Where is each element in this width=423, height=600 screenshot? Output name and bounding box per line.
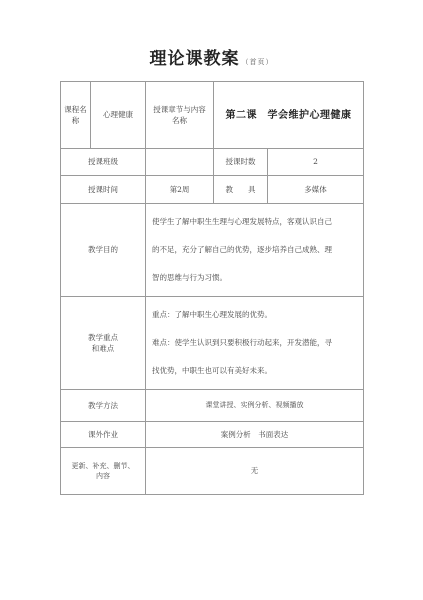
row-objectives: 教学目的 使学生了解中职生生理与心理发展特点，客观认识自己 的不足，充分了解自己… bbox=[61, 204, 364, 297]
row-methods: 教学方法 课堂讲授、实例分析、视频播放 bbox=[61, 390, 364, 422]
homework-value: 案例分析 书面表达 bbox=[146, 422, 364, 448]
objectives-label: 教学目的 bbox=[61, 204, 146, 297]
objectives-line: 的不足，充分了解自己的优势，逐步培养自己成熟、理 bbox=[152, 236, 357, 264]
lesson-plan-table: 课程名称 心理健康 授课章节与内容名称 第二课 学会维护心理健康 授课班级 授课… bbox=[60, 81, 364, 495]
class-label: 授课班级 bbox=[61, 149, 146, 176]
document-title: 理论课教案（首页） bbox=[0, 44, 423, 69]
objectives-line: 智的思维与行为习惯。 bbox=[152, 264, 357, 292]
chapter-label: 授课章节与内容名称 bbox=[146, 82, 214, 149]
chapter-value: 第二课 学会维护心理健康 bbox=[214, 82, 364, 149]
course-name-value: 心理健康 bbox=[91, 82, 146, 149]
key-point-line: 重点：了解中职生心理发展的优势。 bbox=[152, 301, 357, 329]
updates-label: 更新、补充、删节、 内容 bbox=[61, 448, 146, 495]
course-name-label: 课程名称 bbox=[61, 82, 91, 149]
row-time-tools: 授课时间 第2周 教 具 多媒体 bbox=[61, 176, 364, 204]
hours-value: 2 bbox=[268, 149, 364, 176]
hours-label: 授课时数 bbox=[214, 149, 268, 176]
methods-label: 教学方法 bbox=[61, 390, 146, 422]
time-value: 第2周 bbox=[146, 176, 214, 204]
objectives-line: 使学生了解中职生生理与心理发展特点，客观认识自己 bbox=[152, 208, 357, 236]
row-course-info: 课程名称 心理健康 授课章节与内容名称 第二课 学会维护心理健康 bbox=[61, 82, 364, 149]
title-text: 理论课教案 bbox=[150, 49, 240, 69]
key-points-content: 重点：了解中职生心理发展的优势。 难点：使学生认识到只要积极行动起来，开发潜能，… bbox=[146, 297, 364, 390]
key-points-label: 教学重点 和难点 bbox=[61, 297, 146, 390]
row-homework: 课外作业 案例分析 书面表达 bbox=[61, 422, 364, 448]
key-point-line: 难点：使学生认识到只要积极行动起来，开发潜能，寻 bbox=[152, 329, 357, 357]
updates-value: 无 bbox=[146, 448, 364, 495]
methods-value: 课堂讲授、实例分析、视频播放 bbox=[146, 390, 364, 422]
time-label: 授课时间 bbox=[61, 176, 146, 204]
class-value bbox=[146, 149, 214, 176]
objectives-content: 使学生了解中职生生理与心理发展特点，客观认识自己 的不足，充分了解自己的优势，逐… bbox=[146, 204, 364, 297]
row-updates: 更新、补充、删节、 内容 无 bbox=[61, 448, 364, 495]
title-note: （首页） bbox=[242, 58, 274, 66]
tools-label: 教 具 bbox=[214, 176, 268, 204]
tools-value: 多媒体 bbox=[268, 176, 364, 204]
homework-label: 课外作业 bbox=[61, 422, 146, 448]
row-key-points: 教学重点 和难点 重点：了解中职生心理发展的优势。 难点：使学生认识到只要积极行… bbox=[61, 297, 364, 390]
row-class-hours: 授课班级 授课时数 2 bbox=[61, 149, 364, 176]
key-point-line: 找优势，中职生也可以有美好未来。 bbox=[152, 357, 357, 385]
